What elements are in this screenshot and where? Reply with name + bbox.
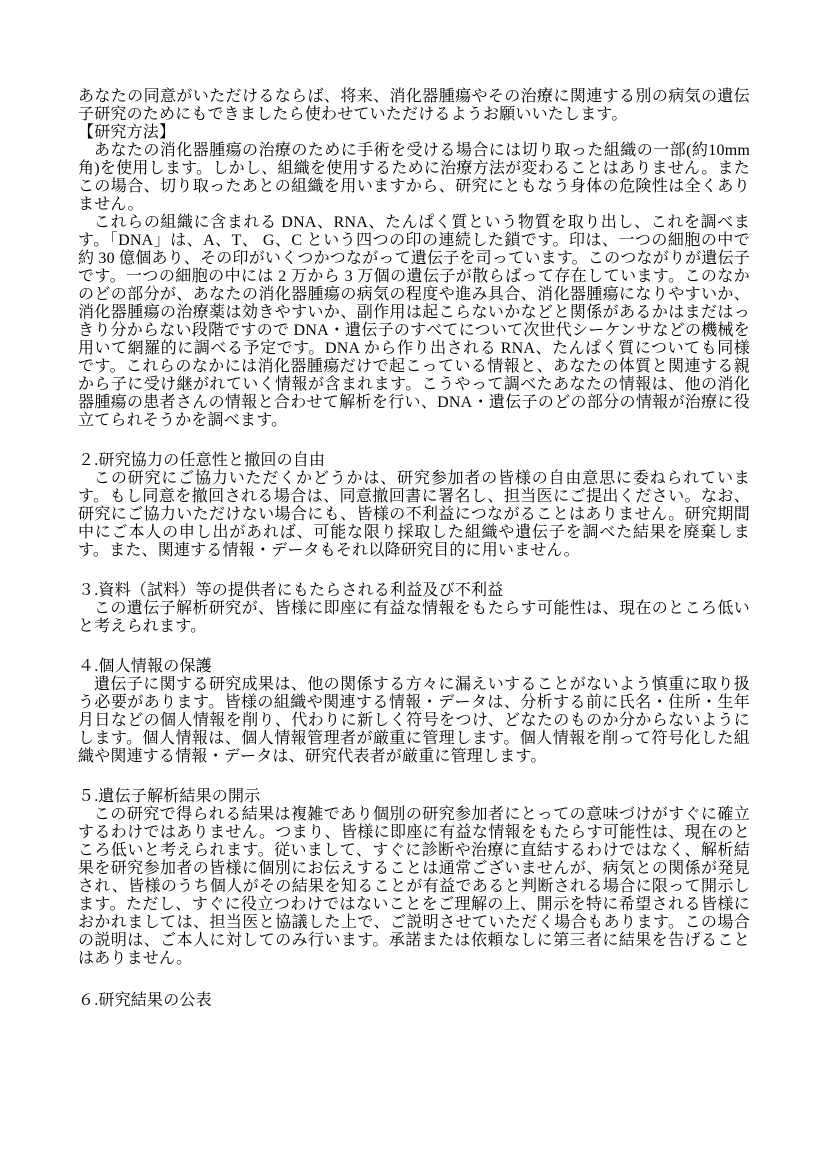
section-5-paragraph: この研究で得られる結果は複雑であり個別の研究参加者にとっての意味づけがすぐに確立… bbox=[78, 806, 750, 968]
intro-paragraph: あなたの同意がいただけるならば、将来、消化器腫瘍やその治療に関連する別の病気の遺… bbox=[78, 88, 750, 124]
section-2-heading: ２.研究協力の任意性と撤回の自由 bbox=[78, 452, 750, 470]
methods-paragraph-1: あなたの消化器腫瘍の治療のために手術を受ける場合には切り取った組織の一部(約10… bbox=[78, 142, 750, 214]
section-4-paragraph: 遺伝子に関する研究成果は、他の関係する方々に漏えいすることがないよう慎重に取り扱… bbox=[78, 676, 750, 766]
methods-section-heading: 【研究方法】 bbox=[78, 124, 750, 142]
section-6-heading: ６.研究結果の公表 bbox=[78, 992, 750, 1010]
section-3-paragraph: この遺伝子解析研究が、皆様に即座に有益な情報をもたらす可能性は、現在のところ低い… bbox=[78, 600, 750, 636]
section-3-heading: ３.資料（試料）等の提供者にもたらされる利益及び不利益 bbox=[78, 582, 750, 600]
document-content: あなたの同意がいただけるならば、将来、消化器腫瘍やその治療に関連する別の病気の遺… bbox=[78, 88, 750, 1010]
section-2-paragraph: この研究にご協力いただくかどうかは、研究参加者の皆様の自由意思に委ねられています… bbox=[78, 470, 750, 560]
methods-paragraph-2: これらの組織に含まれる DNA、RNA、たんぱく質という物質を取り出し、これを調… bbox=[78, 214, 750, 430]
section-5-heading: ５.遺伝子解析結果の開示 bbox=[78, 788, 750, 806]
section-4-heading: ４.個人情報の保護 bbox=[78, 658, 750, 676]
document-page: あなたの同意がいただけるならば、将来、消化器腫瘍やその治療に関連する別の病気の遺… bbox=[0, 0, 826, 1169]
